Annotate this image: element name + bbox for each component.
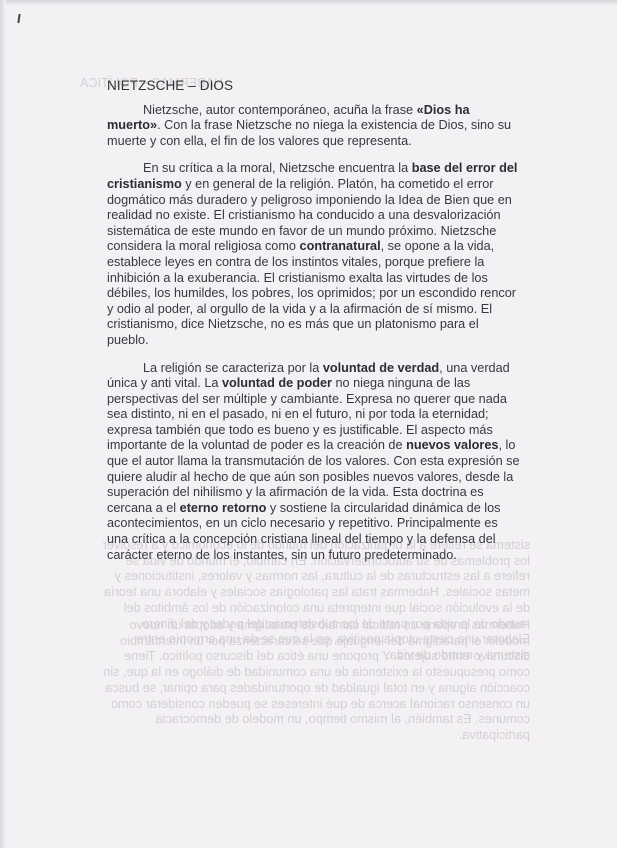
- scan-edge-left: [0, 0, 6, 848]
- document-title: NIETZSCHE – DIOS: [107, 78, 521, 94]
- scan-mark: [17, 14, 20, 23]
- text-segment: En su crítica a la moral, Nietzsche encu…: [143, 161, 412, 175]
- show-through-block-2: Habermas propone un radical cambio de pa…: [100, 618, 530, 744]
- bold-term: voluntad de poder: [222, 376, 332, 390]
- paragraph-1: Nietzsche, autor contemporáneo, acuña la…: [107, 103, 521, 150]
- text-segment: . Con la frase Nietzsche no niega la exi…: [107, 118, 511, 148]
- text-segment: Nietzsche, autor contemporáneo, acuña la…: [143, 103, 417, 117]
- bold-term: voluntad de verdad: [323, 361, 439, 375]
- text-segment: , se opone a la vida, establece leyes en…: [107, 239, 516, 347]
- document-body: NIETZSCHE – DIOS Nietzsche, autor contem…: [107, 78, 521, 575]
- bold-term: nuevos valores: [406, 438, 498, 452]
- text-segment: La religión se caracteriza por la: [143, 361, 323, 375]
- bold-term: contranatural: [300, 239, 381, 253]
- paragraph-3: La religión se caracteriza por la volunt…: [107, 361, 521, 564]
- paragraph-2: En su crítica a la moral, Nietzsche encu…: [107, 161, 521, 348]
- bold-term: eterno retorno: [180, 501, 267, 515]
- scan-edge-top: [0, 0, 617, 6]
